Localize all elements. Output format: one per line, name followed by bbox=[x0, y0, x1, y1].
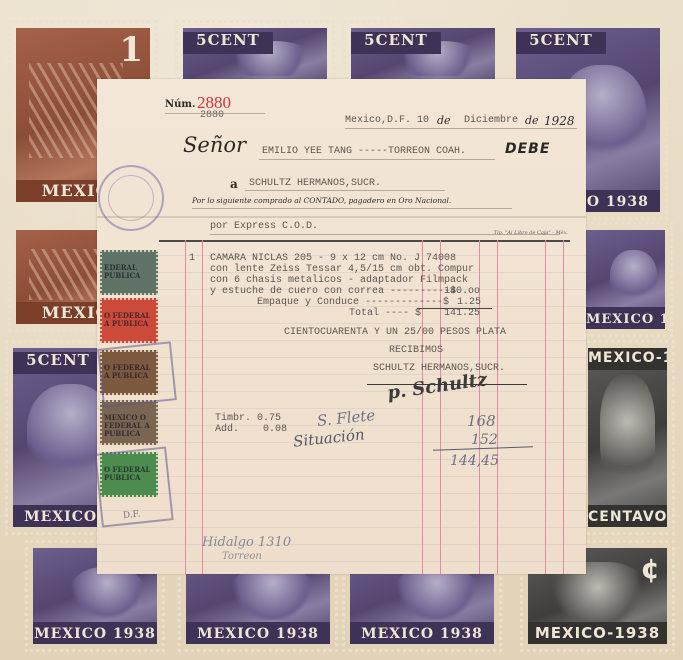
number-label: Núm. bbox=[165, 99, 195, 110]
received-label: RECIBIMOS bbox=[389, 345, 443, 356]
item-amount: 1.25 bbox=[457, 297, 481, 308]
envelope: 1 MEXICO 5CENT 5CENT 5CENT MEXICO 1938 M… bbox=[0, 0, 683, 660]
revenue-stamp: O FEDERAL A PUBLICA bbox=[100, 298, 158, 343]
item-description: Empaque y Conduce -------------$ bbox=[257, 297, 449, 308]
printer-mark: Tip. "Al Libro de Caja" - Méx. bbox=[494, 230, 568, 236]
item-qty: 1 bbox=[189, 253, 195, 264]
table-header-rule bbox=[159, 240, 570, 242]
invoice-number-typed: 2880 bbox=[200, 110, 224, 121]
calc-value: 152 bbox=[471, 432, 498, 448]
place-date: Mexico,D.F. 10 bbox=[345, 115, 429, 126]
debe-label: DEBE bbox=[505, 141, 550, 157]
address-note: Torreon bbox=[222, 551, 262, 562]
terms-text: Por lo siguiente comprado al CONTADO, pa… bbox=[192, 196, 451, 205]
boxed-cancel: D.F. bbox=[94, 446, 173, 527]
item-amount: 140.oo bbox=[444, 286, 480, 297]
amount-in-words: CIENTOCUARENTA Y UN 25/00 PESOS PLATA bbox=[284, 327, 506, 338]
calc-result: 144,45 bbox=[450, 453, 499, 469]
date-year: 1928 bbox=[544, 114, 575, 128]
total-amount: 141.25 bbox=[444, 308, 480, 319]
item-description: CAMARA NICLAS 205 - 9 x 12 cm No. J 7400… bbox=[210, 253, 474, 297]
postmark-circle bbox=[98, 165, 164, 231]
address-note: Hidalgo 1310 bbox=[202, 535, 291, 550]
timbre-amount: Timbr. 0.75 bbox=[215, 413, 281, 424]
calc-value: 168 bbox=[467, 412, 496, 430]
additional-amount: Add. 0.08 bbox=[215, 424, 287, 435]
senor-label: Señor bbox=[183, 133, 246, 157]
seller-name: SCHULTZ HERMANOS,SUCR. bbox=[249, 178, 381, 189]
revenue-stamp: EDERAL PUBLICA bbox=[100, 250, 158, 295]
shipping-method: por Express C.O.D. bbox=[210, 221, 318, 232]
total-label: Total ---- $ bbox=[349, 308, 421, 319]
boxed-cancel bbox=[97, 341, 177, 407]
stamp-centavos: MEXICO-1938 CENTAVOS bbox=[580, 340, 675, 535]
date-month: Diciembre bbox=[464, 115, 518, 126]
stamp-5-cent: MEXICO 1938 bbox=[578, 222, 673, 337]
customer-name: EMILIO YEE TANG -----TORREON COAH. bbox=[262, 146, 466, 157]
